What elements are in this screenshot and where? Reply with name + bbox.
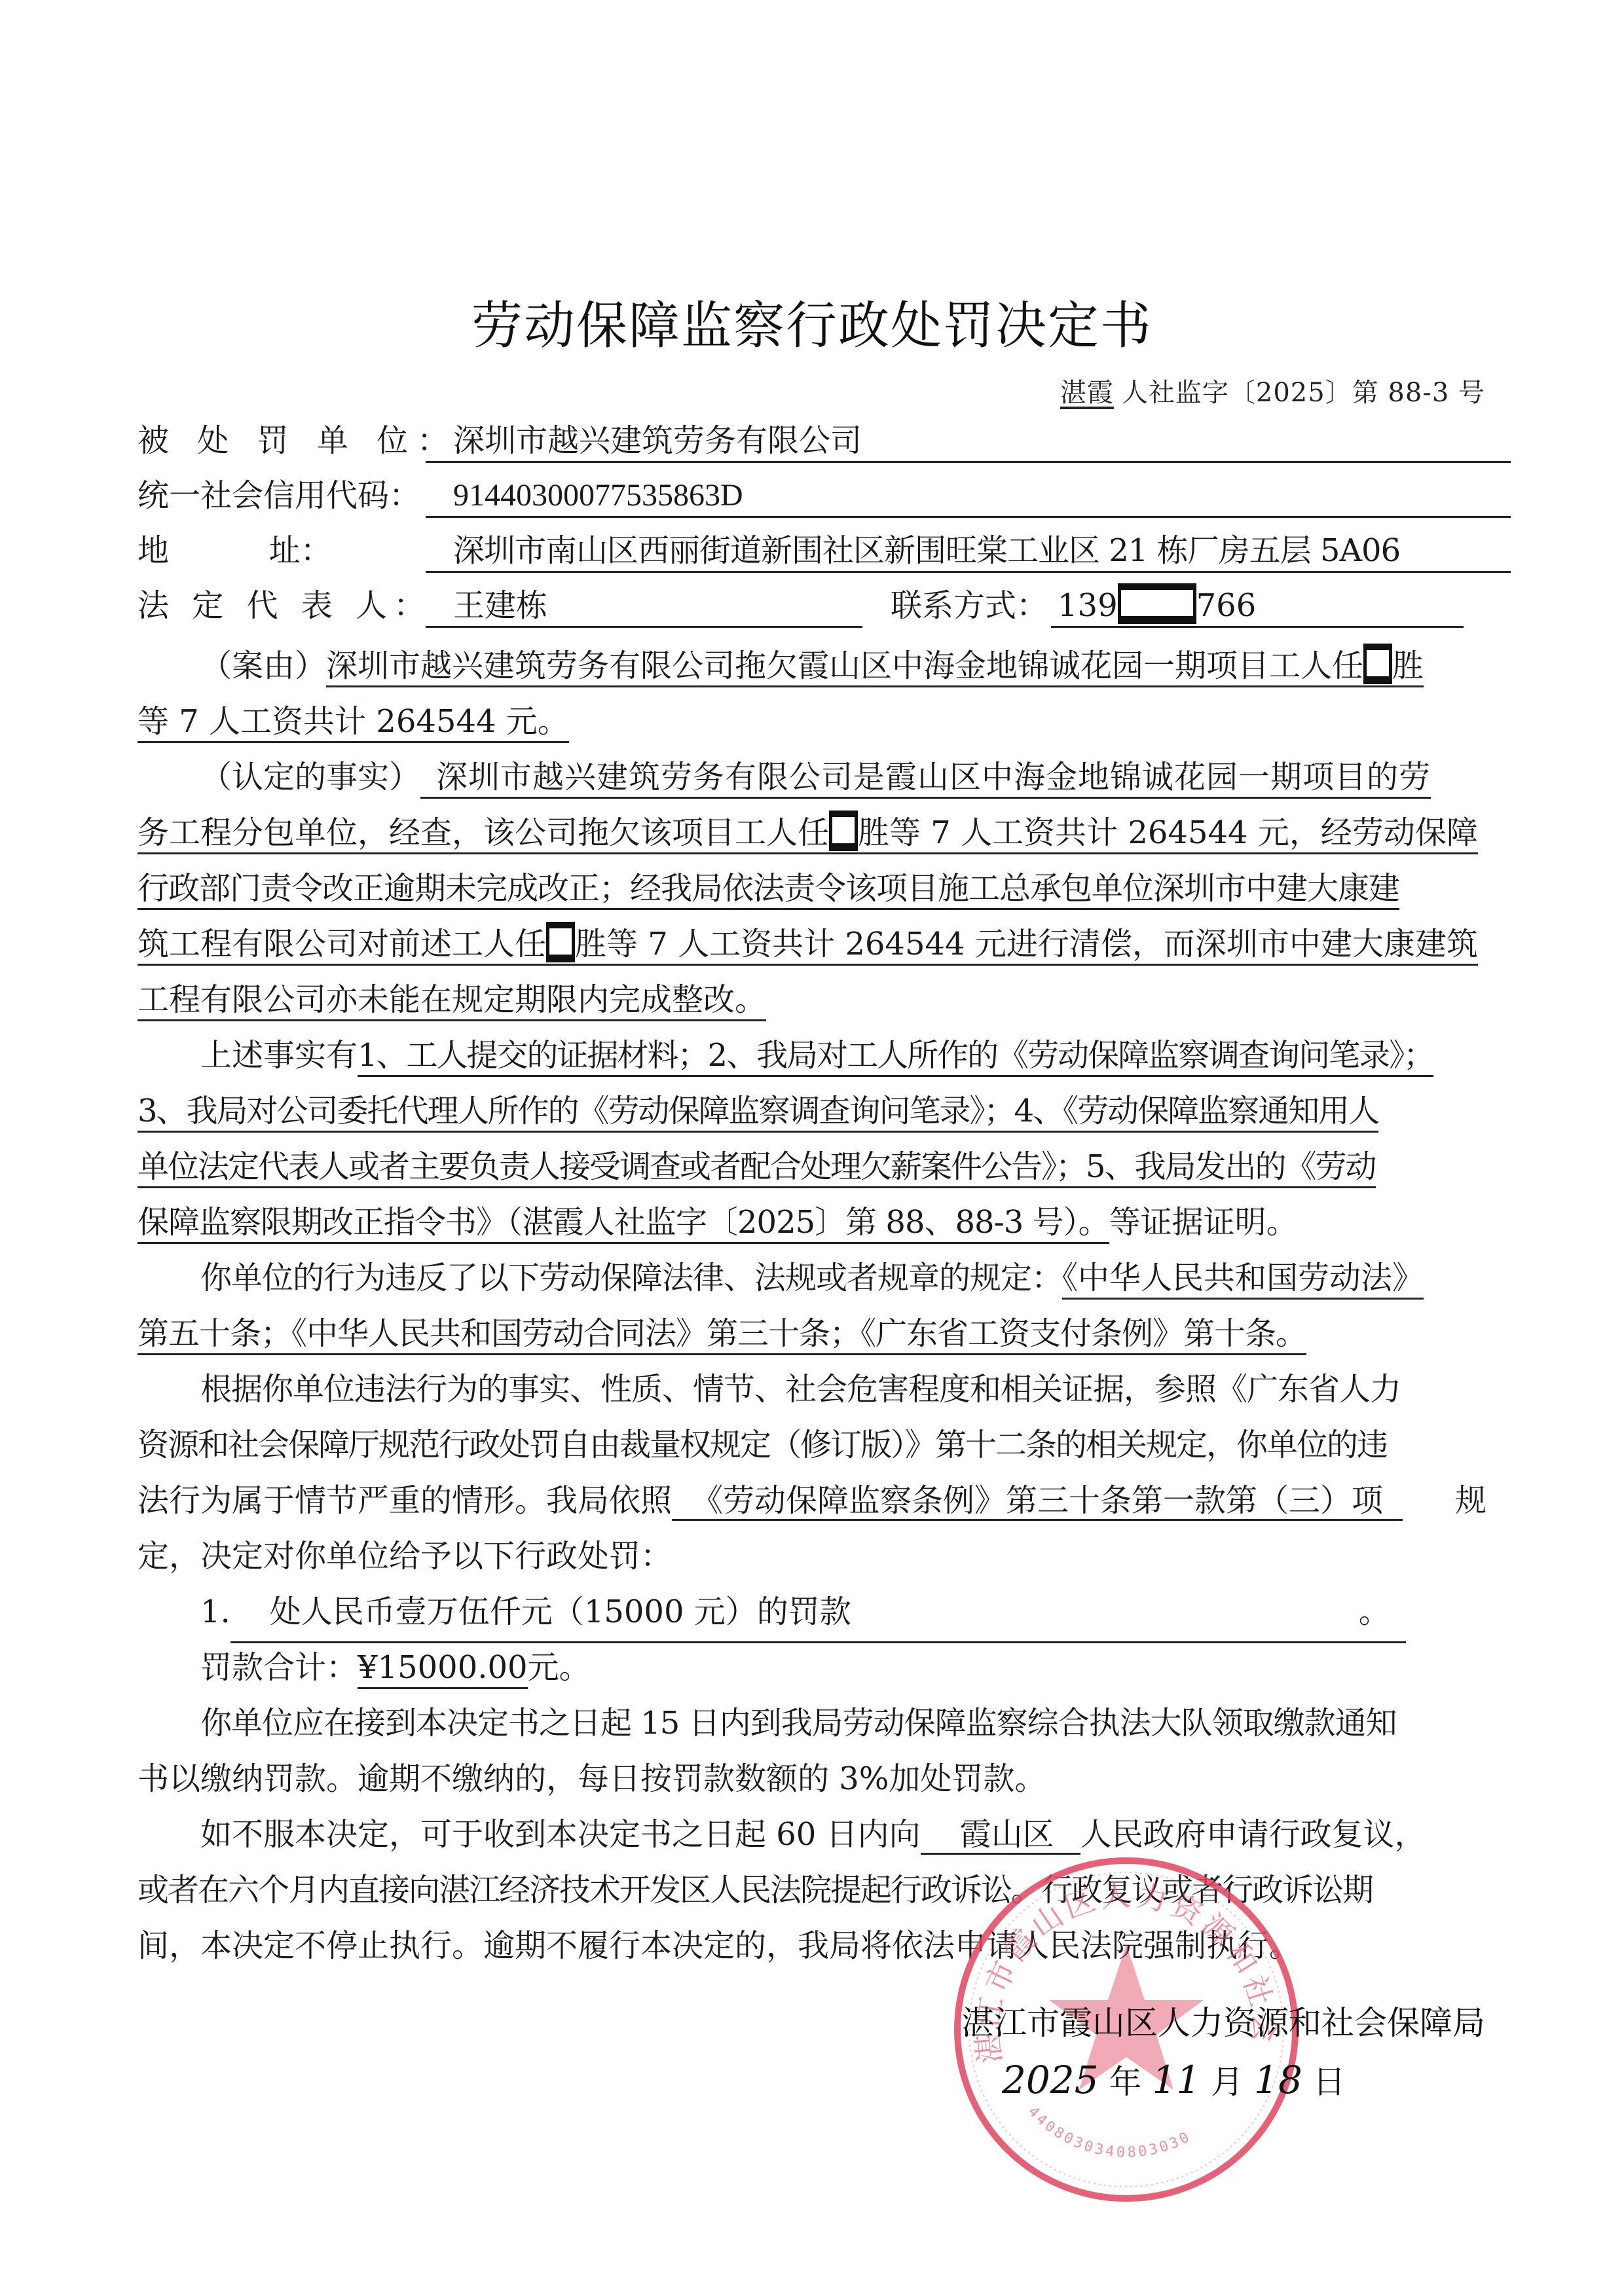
field-label: 法 定 代 表 人：: [138, 583, 432, 629]
appeal-text: 如不服本决定，可于收到本决定书之日起 60 日内向: [138, 1816, 921, 1853]
penalty-item-text: 处人民币壹万伍仟元（15000 元）的罚款。: [231, 1584, 1406, 1643]
basis-text: 资源和社会保障厅规范行政处罚自由裁量权规定（修订版）》第十二条的相关规定，你单位…: [138, 1427, 1387, 1463]
basis-text: 规: [1455, 1473, 1486, 1529]
facts-text: 深圳市越兴建筑劳务有限公司是霞山区中海金地锦诚花园一期项目的劳: [420, 759, 1431, 799]
document-number: 湛霞人社监字〔2025〕第 88-3 号: [1047, 372, 1485, 409]
evidence-line-3: 单位法定代表人或者主要负责人接受调查或者配合处理欠薪案件公告》；5、我局发出的《…: [138, 1139, 1376, 1195]
facts-text: 筑工程有限公司对前述工人任胜等 7 人工资共计 264544 元进行清偿，而深圳…: [138, 926, 1478, 966]
basis-text: 法行为属于情节严重的情形。我局依照: [138, 1482, 672, 1519]
doc-number-prefix: 湛霞: [1047, 378, 1122, 408]
field-label: 被 处 罚 单 位：: [138, 418, 432, 464]
field-penalized-unit: 被 处 罚 单 位： 深圳市越兴建筑劳务有限公司: [138, 418, 432, 464]
penalty-total-value: ¥15000.00: [358, 1649, 528, 1689]
svg-text:4408030340803030: 4408030340803030: [1025, 2104, 1194, 2161]
facts-text: 工程有限公司亦未能在规定期限内完成整改。: [138, 981, 766, 1021]
case-cause-line-1: （案由）深圳市越兴建筑劳务有限公司拖欠霞山区中海金地锦诚花园一期项目工人任胜: [138, 638, 1424, 694]
facts-line-1: （认定的事实）深圳市越兴建筑劳务有限公司是霞山区中海金地锦诚花园一期项目的劳: [138, 750, 1431, 805]
violation-law-1: 《中华人民共和国劳动法》: [1062, 1260, 1424, 1300]
evidence-line-2: 3、我局对公司委托代理人所作的《劳动保障监察调查询问笔录》；4、《劳动保障监察通…: [138, 1084, 1378, 1139]
penalty-total: 罚款合计：¥15000.00元。: [138, 1640, 591, 1696]
basis-line-2: 资源和社会保障厅规范行政处罚自由裁量权规定（修订版）》第十二条的相关规定，你单位…: [138, 1417, 1387, 1473]
basis-text: 定，决定对你单位给予以下行政处罚：: [138, 1538, 672, 1575]
document-title: 劳动保障监察行政处罚决定书: [0, 285, 1624, 358]
handwritten-year: 2025: [1002, 2058, 1099, 2102]
penalty-total-unit: 元。: [528, 1649, 591, 1686]
penalty-item-1: 1.处人民币壹万伍仟元（15000 元）的罚款。: [138, 1584, 1406, 1640]
facts-text: 行政部门责令改正逾期未完成改正；经我局依法责令该项目施工总承包单位深圳市中建大康…: [138, 870, 1399, 910]
violation-line-2: 第五十条；《中华人民共和国劳动合同法》第三十条；《广东省工资支付条例》第十条。: [138, 1306, 1306, 1362]
evidence-text: 3、我局对公司委托代理人所作的《劳动保障监察调查询问笔录》；4、《劳动保障监察通…: [138, 1093, 1378, 1133]
evidence-lead: 上述事实有: [138, 1037, 358, 1074]
facts-line-4: 筑工程有限公司对前述工人任胜等 7 人工资共计 264544 元进行清偿，而深圳…: [138, 917, 1478, 972]
evidence-text: 保障监察限期改正指令书》（湛霞人社监字〔2025〕第 88、88-3 号）。: [138, 1204, 1109, 1244]
handwritten-day: 18: [1254, 2058, 1302, 2102]
case-cause-line-2: 等 7 人工资共计 264544 元。: [138, 694, 569, 750]
contact-value: 139766: [1051, 583, 1464, 628]
case-cause-text: 深圳市越兴建筑劳务有限公司拖欠霞山区中海金地锦诚花园一期项目工人任胜: [326, 647, 1424, 687]
facts-label: （认定的事实）: [138, 759, 420, 795]
evidence-tail: 等证据证明。: [1109, 1204, 1298, 1241]
field-address: 地 址： 深圳市南山区西丽街道新围社区新围旺棠工业区 21 栋厂房五层 5A06: [138, 528, 432, 574]
facts-text-2a: 务工程分包单位，经查，该公司拖欠该项目工人任: [138, 814, 829, 851]
violation-line-1: 你单位的行为违反了以下劳动保障法律、法规或者规章的规定：《中华人民共和国劳动法》: [138, 1250, 1424, 1306]
case-cause-text-1b: 胜: [1392, 647, 1424, 684]
evidence-text: 1、工人提交的证据材料；2、我局对工人所作的《劳动保障监察调查询问笔录》；: [358, 1037, 1433, 1077]
basis-line-4: 定，决定对你单位给予以下行政处罚：: [138, 1529, 672, 1584]
evidence-line-4: 保障监察限期改正指令书》（湛霞人社监字〔2025〕第 88、88-3 号）。等证…: [138, 1195, 1298, 1250]
field-label: 统一社会信用代码：: [138, 473, 432, 519]
month-label: 月: [1211, 2063, 1244, 2101]
contact-suffix: 766: [1196, 587, 1257, 624]
payment-line-2: 书以缴纳罚款。逾期不缴纳的，每日按罚款数额的 3%加处罚款。: [138, 1751, 1046, 1807]
facts-text-4b: 胜等 7 人工资共计 264544 元进行清偿，而深圳市中建大康建筑: [575, 926, 1478, 962]
facts-text: 务工程分包单位，经查，该公司拖欠该项目工人任胜等 7 人工资共计 264544 …: [138, 814, 1478, 854]
field-legal-rep: 法 定 代 表 人： 王建栋 联系方式： 139766: [138, 583, 1486, 629]
basis-line-1: 根据你单位违法行为的事实、性质、情节、社会危害程度和相关证据，参照《广东省人力: [138, 1362, 1401, 1417]
facts-line-3: 行政部门责令改正逾期未完成改正；经我局依法责令该项目施工总承包单位深圳市中建大康…: [138, 861, 1399, 917]
basis-regulation: 《劳动保障监察条例》第三十条第一款第（三）项: [672, 1482, 1403, 1521]
facts-text-2b: 胜等 7 人工资共计 264544 元，经劳动保障: [858, 814, 1478, 851]
field-value: 深圳市南山区西丽街道新围社区新围旺棠工业区 21 栋厂房五层 5A06: [426, 528, 1511, 573]
payment-text: 书以缴纳罚款。逾期不缴纳的，每日按罚款数额的 3%加处罚款。: [138, 1760, 1046, 1797]
day-label: 日: [1313, 2063, 1346, 2101]
case-cause-label: （案由）: [138, 647, 326, 684]
field-value: 91440300077535863D: [426, 473, 1511, 518]
facts-text-4a: 筑工程有限公司对前述工人任: [138, 926, 546, 962]
redaction-box: [829, 811, 858, 851]
redaction-box: [1363, 644, 1392, 684]
redaction-box: [1118, 583, 1196, 624]
field-credit-code: 统一社会信用代码： 91440300077535863D: [138, 473, 432, 519]
violation-lead: 你单位的行为违反了以下劳动保障法律、法规或者规章的规定：: [138, 1260, 1062, 1296]
facts-line-5: 工程有限公司亦未能在规定期限内完成整改。: [138, 972, 766, 1028]
facts-line-2: 务工程分包单位，经查，该公司拖欠该项目工人任胜等 7 人工资共计 264544 …: [138, 805, 1478, 861]
case-cause-text-1: 深圳市越兴建筑劳务有限公司拖欠霞山区中海金地锦诚花园一期项目工人任: [326, 647, 1363, 684]
penalty-total-label: 罚款合计：: [138, 1649, 358, 1686]
handwritten-month: 11: [1152, 2058, 1200, 2102]
evidence-line-1: 上述事实有1、工人提交的证据材料；2、我局对工人所作的《劳动保障监察调查询问笔录…: [138, 1028, 1433, 1084]
evidence-text: 单位法定代表人或者主要负责人接受调查或者配合处理欠薪案件公告》；5、我局发出的《…: [138, 1148, 1376, 1188]
penalty-item-label: 处人民币壹万伍仟元（15000 元）的罚款: [270, 1594, 851, 1630]
payment-line-1: 你单位应在接到本决定书之日起 15 日内到我局劳动保障监察综合执法大队领取缴款通…: [138, 1696, 1397, 1751]
case-cause-text-2: 等 7 人工资共计 264544 元。: [138, 703, 569, 743]
redaction-box: [546, 922, 575, 962]
issue-date: 2025 年 11 月 18 日: [1002, 2056, 1346, 2103]
basis-line-3: 法行为属于情节严重的情形。我局依照《劳动保障监察条例》第三十条第一款第（三）项规: [138, 1473, 1486, 1529]
contact-prefix: 139: [1058, 587, 1118, 624]
document-page: 劳动保障监察行政处罚决定书 湛霞人社监字〔2025〕第 88-3 号 被 处 罚…: [0, 0, 1624, 2296]
violation-laws: 第五十条；《中华人民共和国劳动合同法》第三十条；《广东省工资支付条例》第十条。: [138, 1315, 1306, 1355]
field-label: 地 址：: [138, 528, 432, 574]
contact-label: 联系方式：: [891, 583, 1048, 629]
penalty-item-end: 。: [1359, 1584, 1390, 1640]
field-value: 深圳市越兴建筑劳务有限公司: [426, 418, 1511, 463]
penalty-item-number: 1.: [138, 1594, 231, 1630]
payment-text: 你单位应在接到本决定书之日起 15 日内到我局劳动保障监察综合执法大队领取缴款通…: [138, 1705, 1397, 1741]
doc-number-rest: 人社监字〔2025〕第 88-3 号: [1122, 378, 1485, 408]
basis-text: 根据你单位违法行为的事实、性质、情节、社会危害程度和相关证据，参照《广东省人力: [138, 1371, 1401, 1408]
year-label: 年: [1109, 2063, 1142, 2101]
issuing-authority: 湛江市霞山区人力资源和社会保障局: [961, 1997, 1485, 2044]
field-value: 王建栋: [426, 583, 862, 628]
